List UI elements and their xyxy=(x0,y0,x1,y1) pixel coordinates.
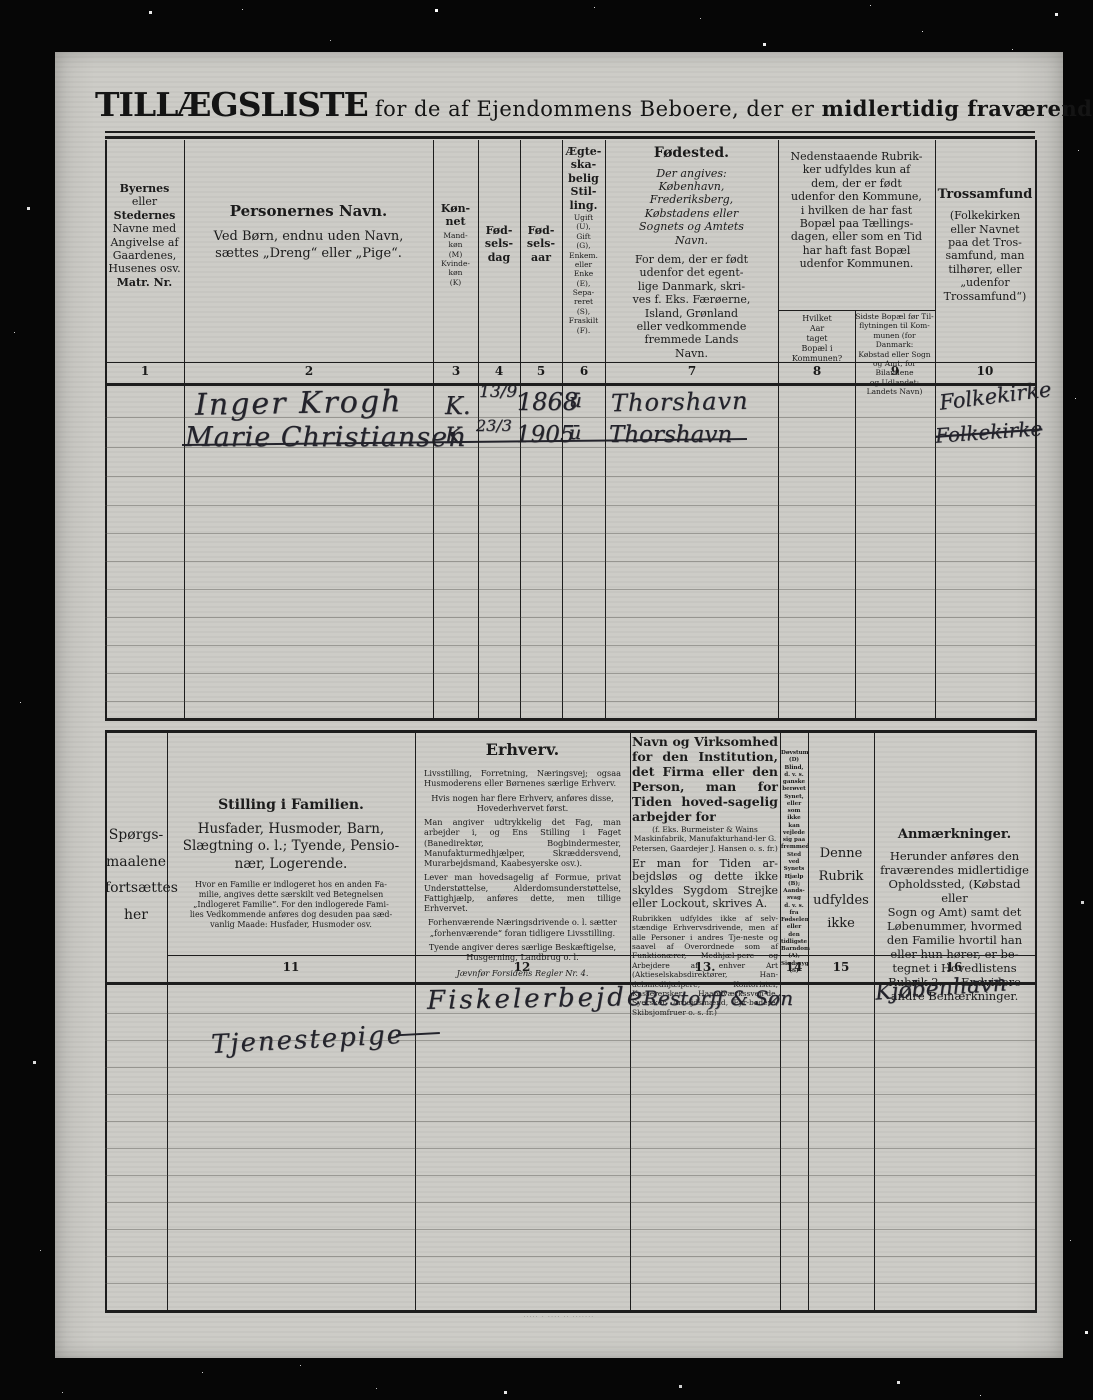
header-16-title: Anmærkninger. xyxy=(876,827,1033,843)
grid-hline xyxy=(105,1094,1035,1095)
header-12-para: Livsstilling, Forretning, Næringsvej; og… xyxy=(424,768,621,789)
grid-hline xyxy=(105,1148,1035,1149)
grid-vline xyxy=(167,730,168,1313)
entry-marital-row1: ū xyxy=(569,388,582,412)
entry-faith-row2: Folkekirke xyxy=(934,416,1043,447)
grid-hline xyxy=(105,673,1035,674)
column-header-15: Denne Rubrik udfyldes ikke xyxy=(810,842,872,936)
grid-vline xyxy=(780,730,781,1313)
header-13-lead: Navn og Virksomhed for den Institution, … xyxy=(632,734,778,824)
entry-sex-row1: K. xyxy=(445,392,471,420)
grid-vline xyxy=(433,140,434,721)
grid-hline xyxy=(105,617,1035,618)
grid-vline xyxy=(630,730,631,1313)
grid-hline xyxy=(105,417,1035,418)
column-number-4: 4 xyxy=(481,364,517,378)
grid-hline xyxy=(105,1013,1035,1014)
entry-occupation-row1: Fiskelerbejde xyxy=(427,982,646,1016)
grid-vline xyxy=(520,140,521,721)
header-2-sub: Ved Børn, endnu uden Navn, sættes „Dreng… xyxy=(186,229,431,263)
grid-hline xyxy=(105,1310,1035,1313)
column-number-15: 15 xyxy=(823,960,859,974)
entry-birthplace-row1: Thorshavn xyxy=(611,387,749,417)
grid-vline xyxy=(855,310,856,721)
header-10-title: Trossamfund xyxy=(937,187,1033,203)
column-number-13: 13. xyxy=(687,960,723,974)
grid-hline xyxy=(105,561,1035,562)
header-1-line: Matr. Nr. xyxy=(107,276,182,289)
header-7-title: Fødested. xyxy=(607,145,776,163)
header-6-small: Ugift (U), Gift (G), Enkem. eller Enke (… xyxy=(563,213,604,335)
column-header-2: Personernes Navn. Ved Børn, endnu uden N… xyxy=(186,202,431,263)
grid-vline xyxy=(105,140,107,721)
column-header-14: Døvstum (D) Blind, d. v. s. ganske berøv… xyxy=(781,750,807,975)
grid-vline xyxy=(808,730,809,1313)
grid-hline xyxy=(105,1040,1035,1041)
column-number-1: 1 xyxy=(127,364,163,378)
grid-vline xyxy=(184,140,185,721)
column-number-16: 16 xyxy=(936,960,972,974)
grid-vline xyxy=(562,140,563,721)
questions-continue-label: Spørgs- maalene fortsættes her xyxy=(105,822,167,928)
title-main: TILLÆGSLISTE xyxy=(95,85,368,124)
column-number-8: 8 xyxy=(799,364,835,378)
printer-mark: ····· · ···· ·· ······· xyxy=(309,1314,809,1320)
grid-hline xyxy=(105,136,1035,139)
header-11-sub: Husfader, Husmoder, Barn, Slægtning o. l… xyxy=(169,821,413,874)
grid-vline xyxy=(778,140,779,721)
grid-hline xyxy=(105,1121,1035,1122)
grid-vline xyxy=(105,730,107,1313)
grid-hline xyxy=(105,1229,1035,1230)
grid-hline xyxy=(167,955,1035,956)
header-2-title: Personernes Navn. xyxy=(186,202,431,221)
column-number-10: 10 xyxy=(967,364,1003,378)
column-number-7: 7 xyxy=(674,364,710,378)
header-3-title: Køn- net xyxy=(434,202,477,229)
column-header-11: Stilling i Familien. Husfader, Husmoder,… xyxy=(169,797,413,930)
grid-vline xyxy=(415,730,416,1313)
header-1-line: eller xyxy=(107,195,182,208)
entry-sex-row2: K xyxy=(445,424,461,449)
page-title: TILLÆGSLISTE for de af Ejendommens Beboe… xyxy=(95,85,1035,124)
header-12-para: Forhenværende Næringsdrivende o. l. sætt… xyxy=(424,917,621,938)
grid-hline xyxy=(105,701,1035,702)
grid-hline xyxy=(105,383,1035,386)
header-5-title: Fød- sels- aar xyxy=(521,224,561,264)
header-11-title: Stilling i Familien. xyxy=(169,797,413,815)
title-mid: for de af Ejendommens Beboere, der er xyxy=(368,97,822,121)
grid-hline xyxy=(105,362,1035,363)
grid-hline xyxy=(105,1283,1035,1284)
column-header-6: Ægte- ska- belig Stil- ling. Ugift (U), … xyxy=(563,145,604,335)
entry-employer-row1: Restorff & Søn xyxy=(643,986,793,1010)
column-number-2: 2 xyxy=(291,364,327,378)
column-header-10: Trossamfund (Folkekirken eller Navnet pa… xyxy=(937,187,1033,303)
header-13-p2: Er man for Tiden ar-bejdsløs og dette ik… xyxy=(632,857,778,910)
entry-birthday-row2: 23/3 xyxy=(476,416,512,435)
column-number-11: 11 xyxy=(273,960,309,974)
grid-vline xyxy=(478,140,479,721)
header-1-line: Navne med Angivelse af Gaardenes, Husene… xyxy=(107,222,182,276)
header-6-title: Ægte- ska- belig Stil- ling. xyxy=(563,145,604,212)
grid-hline xyxy=(105,718,1035,721)
title-emphasis: midlertidig fraværende. xyxy=(822,96,1093,121)
header-12-para: Man angiver udtrykkelig det Fag, man arb… xyxy=(424,817,621,868)
header-12-para: Hvis nogen har flere Erhverv, anføres di… xyxy=(424,793,621,814)
column-header-12: Erhverv. Livsstilling, Forretning, Nærin… xyxy=(417,740,628,985)
grid-hline xyxy=(105,1067,1035,1068)
column-header-4: Fød- sels- dag xyxy=(479,224,519,264)
grid-hline xyxy=(105,447,1035,448)
grid-vline xyxy=(1035,140,1037,721)
grid-hline xyxy=(105,533,1035,534)
grid-hline xyxy=(105,730,1035,733)
grid-vline xyxy=(874,730,875,1313)
column-header-5: Fød- sels- aar xyxy=(521,224,561,264)
column-header-7: Fødested. Der angives: København, Freder… xyxy=(607,145,776,360)
header-12-para: Lever man hovedsagelig af Formue, privat… xyxy=(424,872,621,913)
header-11-fine: Hvor en Familie er indlogeret hos en and… xyxy=(169,880,413,930)
column-header-1: Byernes eller Stedernes Navne med Angive… xyxy=(107,182,182,289)
column-number-14: 14 xyxy=(776,960,812,974)
grid-vline xyxy=(605,140,606,721)
header-12-title: Erhverv. xyxy=(417,740,628,760)
grid-hline xyxy=(105,1175,1035,1176)
column-number-5: 5 xyxy=(523,364,559,378)
column-header-8-sub: Hvilket Aar taget Bopæl i Kommunen? xyxy=(780,314,854,364)
header-1-line: Stedernes xyxy=(107,209,182,222)
column-number-12: 12 xyxy=(504,960,540,974)
column-number-3: 3 xyxy=(438,364,474,378)
header-3-small: Mand- køn (M) Kvinde- køn (K) xyxy=(434,231,477,287)
grid-hline xyxy=(105,1202,1035,1203)
grid-vline xyxy=(935,140,936,721)
header-4-title: Fød- sels- dag xyxy=(479,224,519,264)
grid-vline xyxy=(1035,730,1037,1313)
grid-hline xyxy=(778,310,935,311)
grid-hline xyxy=(105,476,1035,477)
header-10-sub: (Folkekirken eller Navnet paa det Tros- … xyxy=(937,209,1033,303)
grid-hline xyxy=(105,982,1035,985)
entry-name-row2: Marie Christiansen xyxy=(185,422,467,453)
entry-position-row2: Tjenestepige xyxy=(210,1018,440,1060)
entry-birthyear-row2: 1905 xyxy=(516,422,575,448)
grid-hline xyxy=(105,1256,1035,1257)
scan-dust-specks xyxy=(0,0,1,1)
header-13-note: (f. Eks. Burmeister & Wains Maskinfabrik… xyxy=(632,825,778,853)
document-page: TILLÆGSLISTE for de af Ejendommens Beboe… xyxy=(55,52,1063,1358)
column-number-9: 9 xyxy=(877,364,913,378)
header-1-line: Byernes xyxy=(107,182,182,195)
column-number-6: 6 xyxy=(566,364,602,378)
grid-hline xyxy=(105,505,1035,506)
scan-background: { "page": { "title_main": "TILLÆGSLISTE"… xyxy=(0,0,1093,1400)
header-7-p1: Der angives: København, Frederiksberg, K… xyxy=(607,167,776,247)
column-header-3: Køn- net Mand- køn (M) Kvinde- køn (K) xyxy=(434,202,477,287)
entry-birthplace-row2: Thorshavn xyxy=(609,422,732,448)
header-7-p2: For dem, der er født udenfor det egent- … xyxy=(607,253,776,360)
column-header-8-9-group: Nedenstaaende Rubrik- ker udfyldes kun a… xyxy=(780,150,933,271)
grid-hline xyxy=(105,589,1035,590)
column-header-13: Navn og Virksomhed for den Institution, … xyxy=(632,734,778,1017)
grid-hline xyxy=(105,131,1035,133)
grid-hline xyxy=(105,645,1035,646)
